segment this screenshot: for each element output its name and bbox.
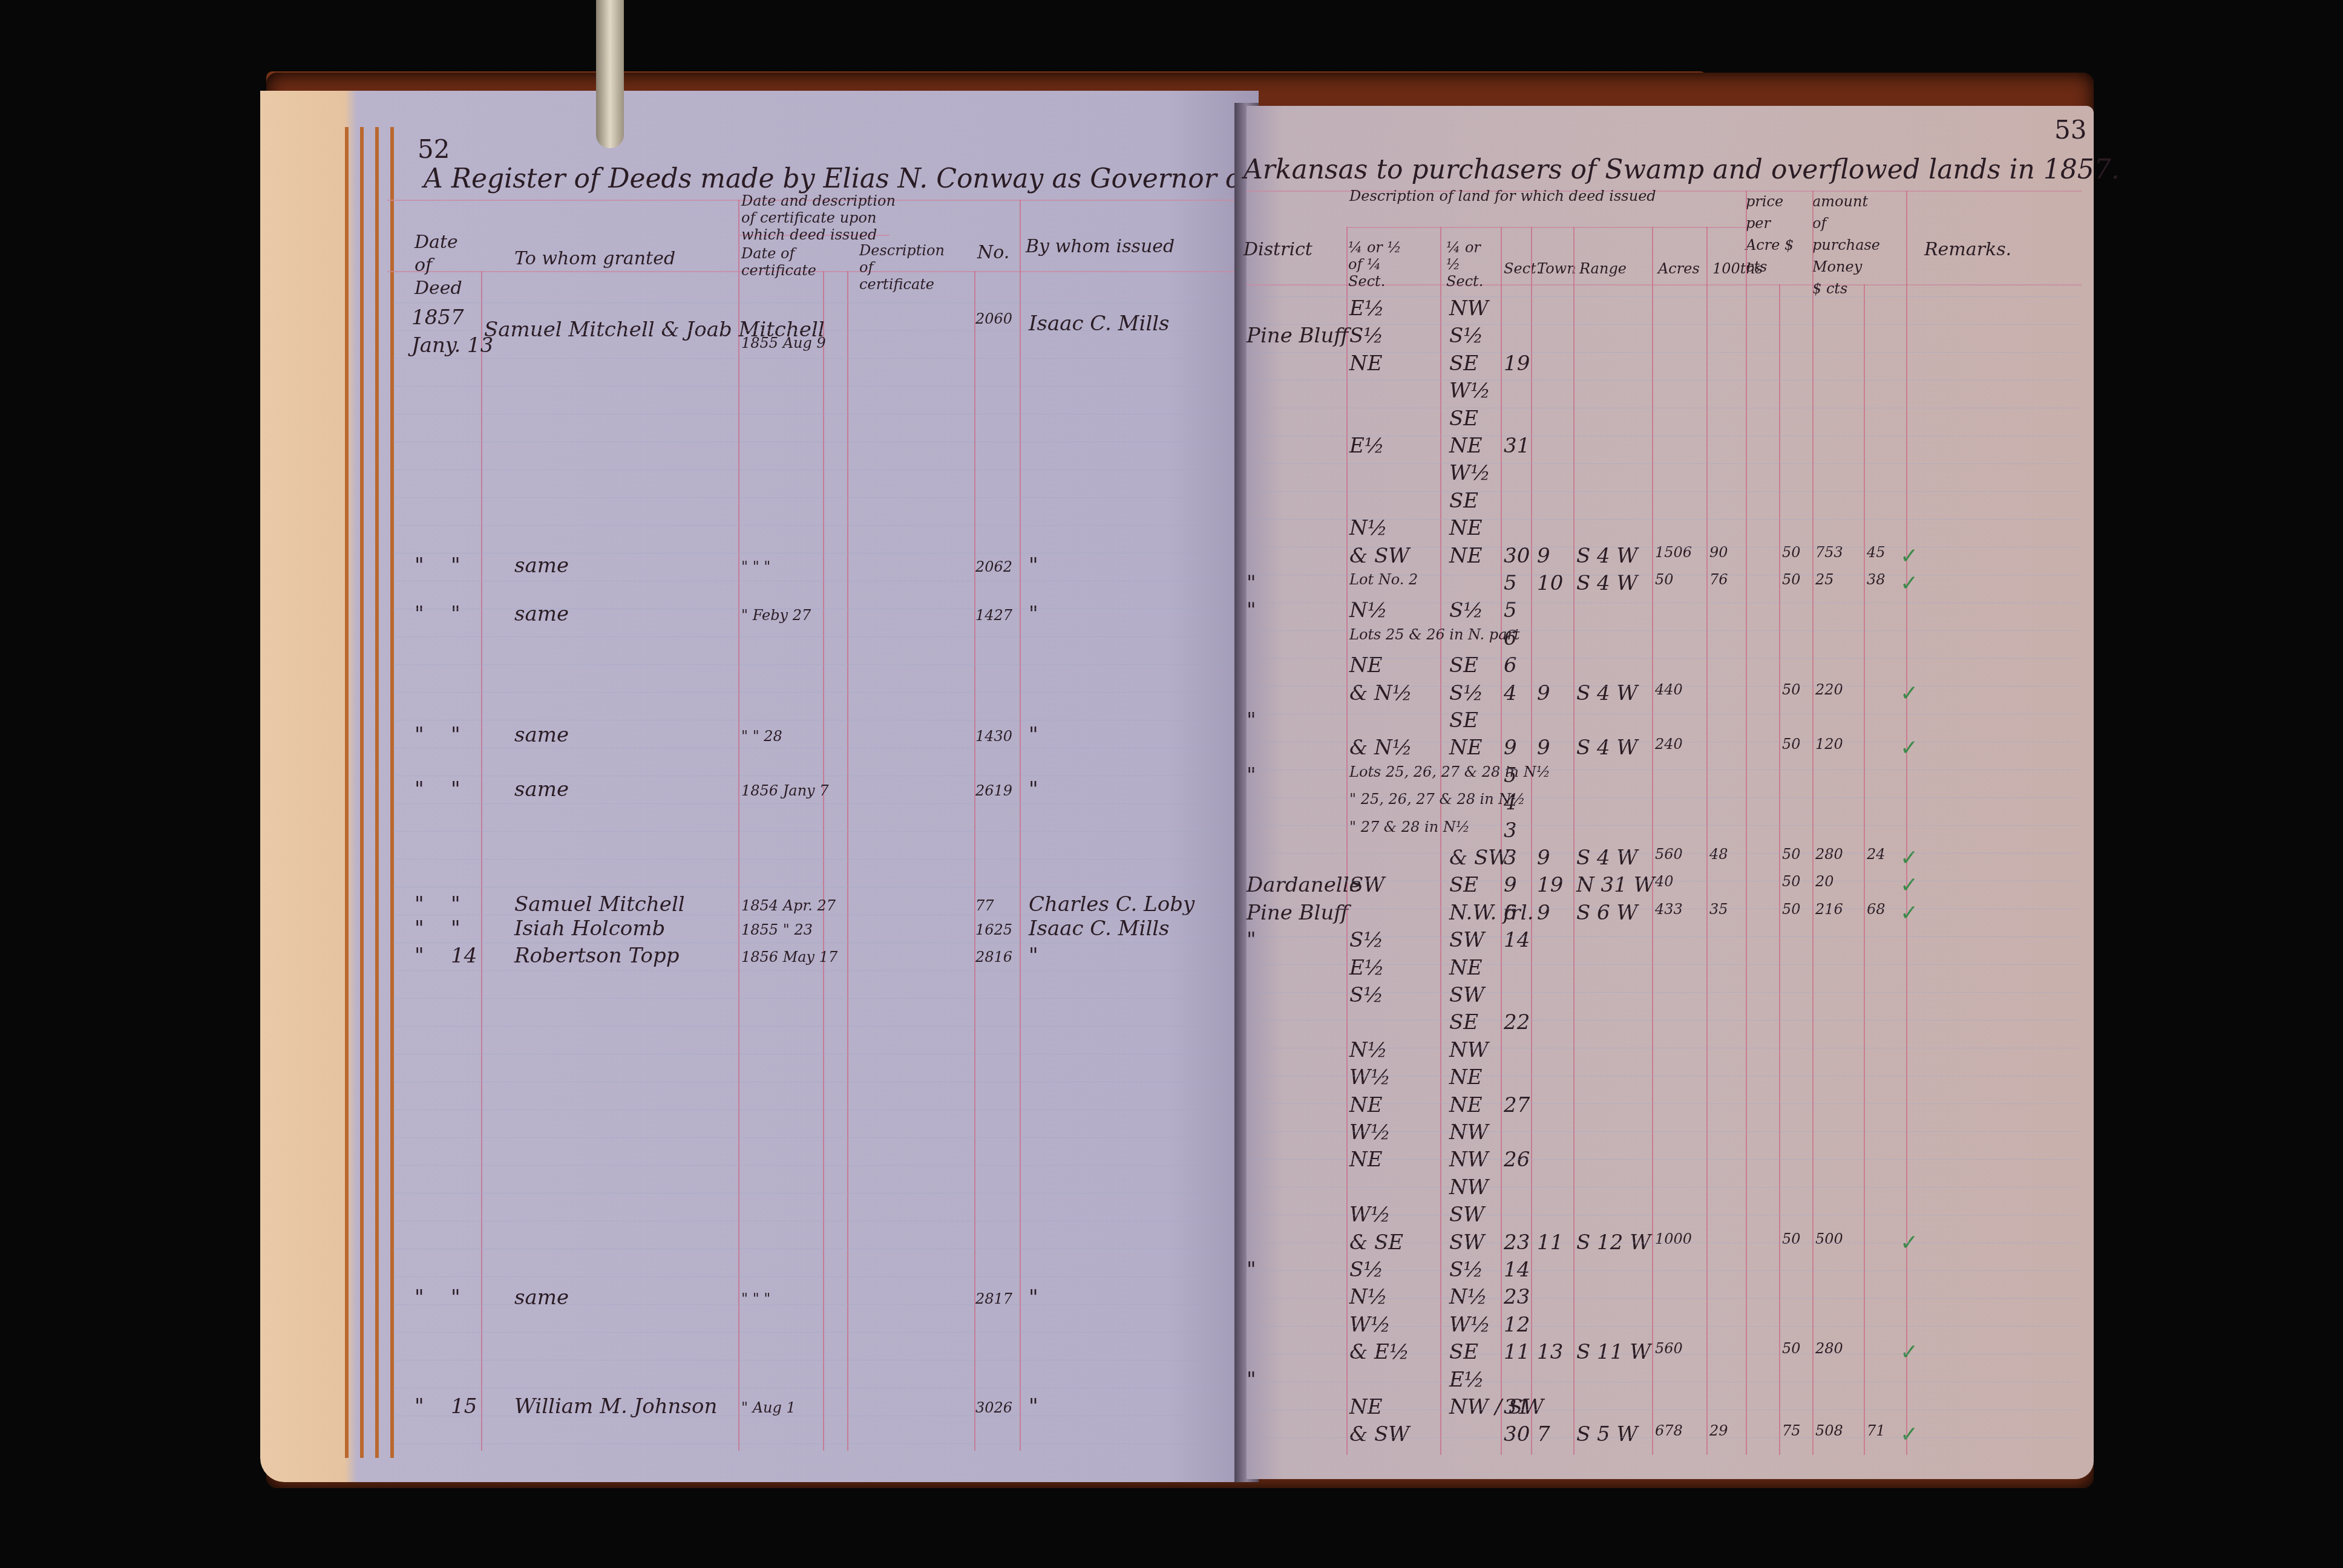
price-cents: 50 (1782, 544, 1801, 561)
issuing-officer: " (1029, 554, 1038, 578)
section: 9 (1504, 736, 1517, 760)
section: 6 (1504, 653, 1517, 678)
issuing-officer: Charles C. Loby (1029, 892, 1194, 916)
issuing-officer: Isaac C. Mills (1029, 916, 1170, 941)
right-page-number: 53 (2054, 115, 2086, 145)
deed-day: " (451, 723, 460, 747)
amount-dollars: 20 (1815, 873, 1834, 890)
township: 9 (1537, 681, 1550, 705)
certificate-date: 1855 Aug 9 (741, 335, 826, 351)
issuing-officer: Isaac C. Mills (1029, 312, 1170, 336)
header-range: Range (1579, 260, 1627, 277)
price-cents: 50 (1782, 681, 1801, 698)
quarter-of-quarter: SW (1349, 873, 1384, 897)
header-sect: Sect. (1504, 260, 1541, 277)
acres-hundredths: 76 (1709, 571, 1728, 588)
certificate-number: 2062 (975, 558, 1012, 575)
verified-checkmark: ✓ (1900, 846, 1918, 871)
certificate-date: 1854 Apr. 27 (741, 897, 836, 914)
section: 6 (1504, 901, 1517, 925)
quarter-section: SE (1449, 351, 1478, 376)
section: 23 (1504, 1285, 1530, 1309)
acres: 1000 (1655, 1230, 1692, 1247)
quarter-of-quarter: S½ (1349, 1258, 1383, 1282)
quarter-section: SE (1449, 653, 1478, 678)
amount-dollars: 25 (1815, 571, 1834, 588)
quarter-of-quarter: " 27 & 28 in N½ (1349, 818, 1470, 835)
quarter-section: NE (1449, 1065, 1483, 1089)
district: Pine Bluff (1247, 324, 1348, 348)
section: 9 (1504, 873, 1517, 897)
grantee-name: same (514, 777, 569, 802)
certificate-number: 3026 (975, 1399, 1012, 1416)
header-town: Town (1537, 260, 1576, 277)
quarter-section: NW (1449, 1038, 1489, 1062)
certificate-number: 1625 (975, 921, 1012, 938)
range: N 31 W (1576, 873, 1655, 897)
quarter-section: NE (1449, 956, 1483, 980)
quarter-of-quarter: Lots 25, 26, 27 & 28 in N½ (1349, 763, 1550, 780)
deed-day: " (451, 1285, 460, 1310)
section: 11 (1504, 1340, 1530, 1364)
certificate-number: 2619 (975, 782, 1012, 799)
quarter-section: N½ (1449, 1285, 1487, 1309)
header-date-of-certificate: Date of certificate (741, 245, 814, 279)
deed-day: " (451, 892, 460, 916)
quarter-of-quarter: W½ (1349, 1120, 1391, 1145)
deed-date-ditto: " (415, 554, 424, 578)
quarter-of-quarter: & N½ (1349, 681, 1412, 705)
quarter-section: N.W. frl. (1449, 901, 1534, 925)
header-certificate-group: Date and description of certificate upon… (741, 192, 899, 243)
deed-day: 14 (451, 944, 477, 968)
deed-date-ditto: " (415, 916, 424, 941)
section: 4 (1504, 681, 1517, 705)
register-title-right: Arkansas to purchasers of Swamp and over… (1244, 154, 2120, 185)
verified-checkmark: ✓ (1900, 901, 1918, 926)
quarter-section: & SW (1449, 846, 1509, 870)
price-cents: 50 (1782, 736, 1801, 753)
deed-date-ditto: " (415, 1394, 424, 1419)
quarter-of-quarter: NE (1349, 351, 1383, 376)
township: 7 (1537, 1422, 1550, 1446)
section: 14 (1504, 1258, 1530, 1282)
section: 19 (1504, 351, 1530, 376)
quarter-of-quarter: & SW (1349, 1422, 1409, 1446)
range: S 6 W (1576, 901, 1638, 925)
district: " (1247, 1368, 1256, 1392)
grantee-name: Isiah Holcomb (514, 916, 665, 941)
section: 5 (1504, 763, 1517, 788)
amount-dollars: 500 (1815, 1230, 1843, 1247)
range: S 4 W (1576, 681, 1638, 705)
header-amount: amount of purchase Money $ cts (1812, 191, 1867, 299)
header-by-whom-issued: By whom issued (1026, 236, 1175, 257)
verified-checkmark: ✓ (1900, 1340, 1918, 1365)
acres: 50 (1655, 571, 1674, 588)
township: 9 (1537, 901, 1550, 925)
verified-checkmark: ✓ (1900, 873, 1918, 898)
quarter-of-quarter: Lots 25 & 26 in N. part (1349, 626, 1520, 643)
quarter-of-quarter: NE (1349, 1093, 1383, 1117)
acres: 40 (1655, 873, 1674, 890)
verified-checkmark: ✓ (1900, 736, 1918, 760)
section: 31 (1504, 1395, 1530, 1419)
district: " (1247, 763, 1256, 788)
township: 9 (1537, 736, 1550, 760)
district: " (1247, 708, 1256, 733)
certificate-date: " " 28 (741, 728, 782, 745)
register-title-left: A Register of Deeds made by Elias N. Con… (424, 163, 1251, 194)
section: 14 (1504, 928, 1530, 952)
issuing-officer: " (1029, 1394, 1038, 1419)
grantee-name: same (514, 723, 569, 747)
quarter-section: SE (1449, 708, 1478, 733)
deed-day: " (451, 777, 460, 802)
township: 13 (1537, 1340, 1563, 1364)
verified-checkmark: ✓ (1900, 681, 1918, 706)
price-cents: 50 (1782, 571, 1801, 588)
grantee-name: same (514, 554, 569, 578)
header-land-group: Description of land for which deed issue… (1349, 188, 1656, 204)
quarter-section: SW (1449, 983, 1484, 1007)
quarter-of-quarter: S½ (1349, 928, 1383, 952)
district: Dardanelle (1247, 873, 1362, 897)
deed-date-ditto: " (415, 723, 424, 747)
grantee-name: same (514, 602, 569, 626)
section: 4 (1504, 791, 1517, 815)
header-number: No. (977, 242, 1009, 263)
district: " (1247, 1258, 1256, 1282)
quarter-of-quarter: & E½ (1349, 1340, 1409, 1364)
certificate-number: 1430 (975, 728, 1012, 745)
grantee-name: Samuel Mitchell (514, 892, 685, 916)
price-cents: 50 (1782, 1230, 1801, 1247)
quarter-section: NE (1449, 736, 1483, 760)
acres: 1506 (1655, 544, 1692, 561)
header-to-whom-granted: To whom granted (514, 248, 675, 269)
certificate-date: " Aug 1 (741, 1399, 796, 1416)
quarter-section: NE (1449, 516, 1483, 540)
quarter-section: SE (1449, 407, 1478, 431)
amount-cents: 45 (1867, 544, 1886, 561)
certificate-number: 77 (975, 897, 994, 914)
township: 9 (1537, 846, 1550, 870)
quarter-section: W½ (1449, 379, 1490, 403)
district: Pine Bluff (1247, 901, 1348, 925)
grantee-name: Robertson Topp (514, 944, 680, 968)
acres: 440 (1655, 681, 1683, 698)
amount-dollars: 220 (1815, 681, 1843, 698)
issuing-officer: " (1029, 602, 1038, 626)
acres: 560 (1655, 846, 1683, 863)
section: 30 (1504, 1422, 1530, 1446)
deed-day: 15 (451, 1394, 477, 1419)
issuing-officer: " (1029, 944, 1038, 968)
issuing-officer: " (1029, 723, 1038, 747)
verified-checkmark: ✓ (1900, 1422, 1918, 1447)
quarter-of-quarter: W½ (1349, 1313, 1391, 1337)
district: " (1247, 928, 1256, 952)
quarter-section: SE (1449, 1340, 1478, 1364)
quarter-section: S½ (1449, 1258, 1483, 1282)
quarter-section: S½ (1449, 681, 1483, 705)
quarter-of-quarter: N½ (1349, 1038, 1388, 1062)
section: 31 (1504, 434, 1530, 458)
section: 6 (1504, 626, 1517, 650)
header-acres: Acres (1658, 260, 1700, 277)
header-quarter-of-quarter: ¼ or ½ of ¼ Sect. (1348, 239, 1415, 290)
quarter-of-quarter: NE (1349, 1148, 1383, 1172)
certificate-number: 1427 (975, 607, 1012, 624)
range: S 4 W (1576, 736, 1638, 760)
quarter-section: SE (1449, 873, 1478, 897)
amount-dollars: 753 (1815, 544, 1843, 561)
quarter-of-quarter: E½ (1349, 296, 1384, 321)
quarter-of-quarter: N½ (1349, 516, 1388, 540)
certificate-date: 1855 " 23 (741, 921, 813, 938)
deed-date-ditto: " (415, 944, 424, 968)
page-weight-tool (596, 0, 624, 148)
township: 19 (1537, 873, 1563, 897)
quarter-section: SW (1449, 928, 1484, 952)
quarter-section: NW (1449, 1148, 1489, 1172)
amount-cents: 24 (1867, 846, 1886, 863)
certificate-date: " Feby 27 (741, 607, 811, 624)
quarter-of-quarter: NE (1349, 653, 1383, 678)
issuing-officer: " (1029, 1285, 1038, 1310)
quarter-section: SE (1449, 1010, 1478, 1034)
quarter-section: S½ (1449, 324, 1483, 348)
quarter-section: NE (1449, 1093, 1483, 1117)
certificate-number: 2816 (975, 949, 1012, 965)
deed-day: " (451, 916, 460, 941)
section: 26 (1504, 1148, 1530, 1172)
grantee-name: same (514, 1285, 569, 1310)
quarter-section: NW (1449, 1120, 1489, 1145)
certificate-date: 1856 May 17 (741, 949, 837, 965)
acres: 240 (1655, 736, 1683, 753)
section: 3 (1504, 818, 1517, 843)
page-edges (345, 127, 405, 1458)
certificate-date: 1856 Jany 7 (741, 782, 829, 799)
header-description-of-certificate: Description of certificate (859, 242, 938, 293)
issuing-officer: " (1029, 777, 1038, 802)
quarter-of-quarter: " 25, 26, 27 & 28 in N½ (1349, 791, 1525, 808)
deed-date-ditto: " (415, 892, 424, 916)
quarter-of-quarter: S½ (1349, 983, 1383, 1007)
quarter-of-quarter: E½ (1349, 434, 1384, 458)
range: S 4 W (1576, 846, 1638, 870)
deed-day: " (451, 554, 460, 578)
quarter-section: NE (1449, 434, 1483, 458)
range: S 11 W (1576, 1340, 1651, 1364)
quarter-of-quarter: & N½ (1349, 736, 1412, 760)
deed-date-ditto: " (415, 602, 424, 626)
quarter-of-quarter: E½ (1349, 956, 1384, 980)
quarter-section: W½ (1449, 461, 1490, 485)
amount-cents: 38 (1867, 571, 1886, 588)
amount-dollars: 120 (1815, 736, 1843, 753)
deed-year: 1857 (411, 305, 464, 330)
price-cents: 50 (1782, 846, 1801, 863)
header-remarks: Remarks. (1924, 239, 2011, 260)
left-page-number: 52 (418, 134, 450, 164)
certificate-date: " " " (741, 558, 770, 575)
header-quarter-section: ¼ or ½ Sect. (1446, 239, 1495, 290)
quarter-of-quarter: NE (1349, 1395, 1383, 1419)
quarter-of-quarter: W½ (1349, 1065, 1391, 1089)
quarter-section: W½ (1449, 1313, 1490, 1337)
acres-hundredths: 48 (1709, 846, 1728, 863)
quarter-of-quarter: S½ (1349, 324, 1383, 348)
grantee-name: William M. Johnson (514, 1394, 717, 1419)
quarter-of-quarter: N½ (1349, 1285, 1388, 1309)
header-date-of-deed: Date of Deed (415, 231, 481, 300)
section: 22 (1504, 1010, 1530, 1034)
section: 27 (1504, 1093, 1530, 1117)
quarter-section: SE (1449, 489, 1478, 513)
range: S 5 W (1576, 1422, 1638, 1446)
deed-date-ditto: " (415, 777, 424, 802)
quarter-of-quarter: Lot No. 2 (1349, 571, 1418, 588)
amount-dollars: 280 (1815, 846, 1843, 863)
section: 3 (1504, 846, 1517, 870)
quarter-section: E½ (1449, 1368, 1484, 1392)
acres-hundredths: 90 (1709, 544, 1728, 561)
price-cents: 50 (1782, 873, 1801, 890)
header-district: District (1244, 239, 1312, 260)
section: 12 (1504, 1313, 1530, 1337)
certificate-number: 2060 (975, 310, 1012, 327)
header-price-per-acre: price per Acre $ cts (1746, 191, 1800, 278)
quarter-section: NW (1449, 296, 1489, 321)
deed-day: " (451, 602, 460, 626)
deed-date: Jany. 13 (411, 333, 493, 358)
deed-date-ditto: " (415, 1285, 424, 1310)
